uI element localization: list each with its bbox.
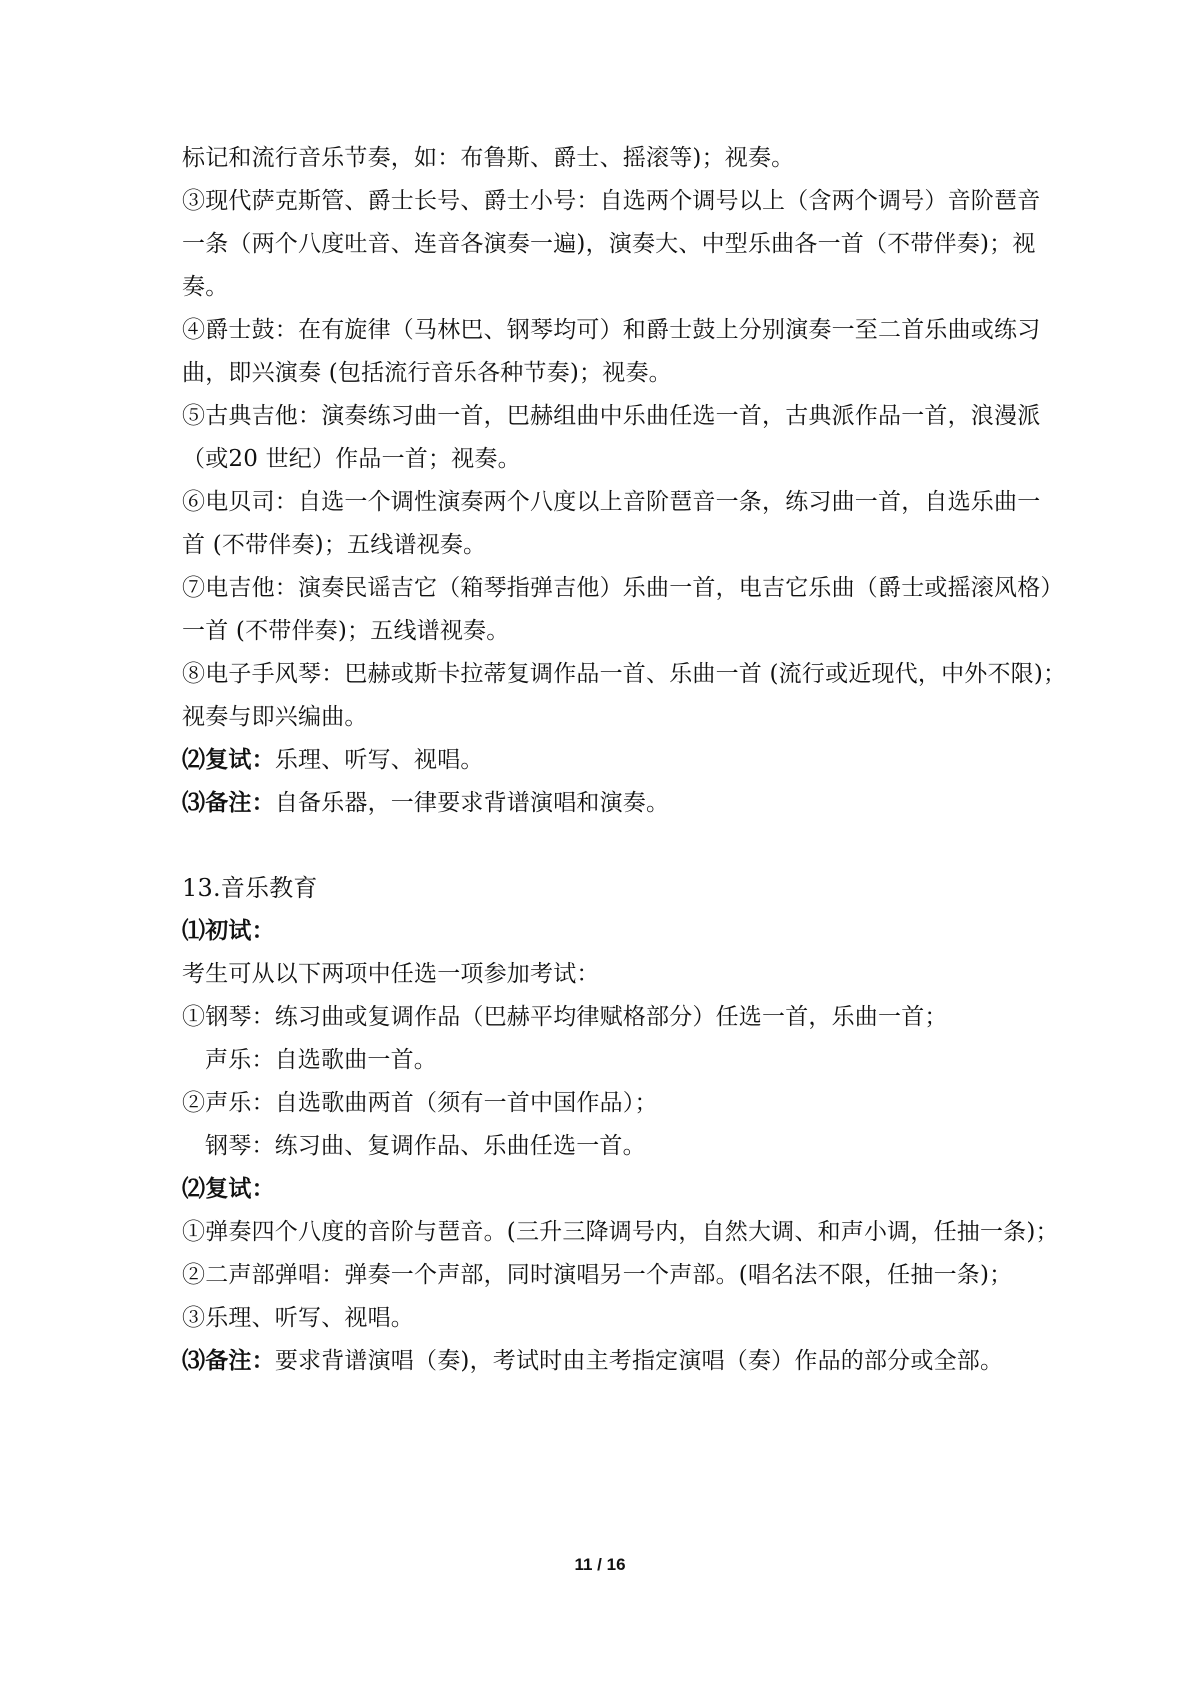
retest-item-2: ②二声部弹唱：弹奏一个声部，同时演唱另一个声部。(唱名法不限，任抽一条)； <box>182 1260 1012 1290</box>
section13-intro: 考生可从以下两项中任选一项参加考试： <box>182 959 600 989</box>
note-label: ⑶备注： <box>182 789 275 816</box>
item-5-line-2: （或20 世纪）作品一首；视奏。 <box>182 444 521 474</box>
item-3-line-1: ③现代萨克斯管、爵士长号、爵士小号：自选两个调号以上（含两个调号）音阶琶音 <box>182 186 1040 216</box>
item-5-line-1: ⑤古典吉他：演奏练习曲一首，巴赫组曲中乐曲任选一首，古典派作品一首，浪漫派 <box>182 401 1040 431</box>
section13-note-text: 要求背谱演唱（奏)，考试时由主考指定演唱（奏）作品的部分或全部。 <box>275 1348 1003 1374</box>
item-4-line-2: 曲，即兴演奏 (包括流行音乐各种节奏)；视奏。 <box>182 358 672 388</box>
section13-note: ⑶备注：要求背谱演唱（奏)，考试时由主考指定演唱（奏）作品的部分或全部。 <box>182 1346 1003 1376</box>
option2-line-1: ②声乐：自选歌曲两首（须有一首中国作品）； <box>182 1088 658 1118</box>
section12-note: ⑶备注：自备乐器，一律要求背谱演唱和演奏。 <box>182 788 669 818</box>
item-4-line-1: ④爵士鼓：在有旋律（马林巴、钢琴均可）和爵士鼓上分别演奏一至二首乐曲或练习 <box>182 315 1040 345</box>
document-page: 标记和流行音乐节奏，如：布鲁斯、爵士、摇滚等)；视奏。 ③现代萨克斯管、爵士长号… <box>0 0 1200 1696</box>
item-3-line-3: 奏。 <box>182 272 228 302</box>
option2-line-2: 钢琴：练习曲、复调作品、乐曲任选一首。 <box>205 1131 646 1161</box>
continuation-line: 标记和流行音乐节奏，如：布鲁斯、爵士、摇滚等)；视奏。 <box>182 143 794 173</box>
retest-item-1: ①弹奏四个八度的音阶与琶音。(三升三降调号内，自然大调、和声小调，任抽一条)； <box>182 1217 1059 1247</box>
retest-label: ⑵复试： <box>182 746 275 773</box>
retest-item-3: ③乐理、听写、视唱。 <box>182 1303 414 1333</box>
option1-line-1: ①钢琴：练习曲或复调作品（巴赫平均律赋格部分）任选一首，乐曲一首； <box>182 1002 948 1032</box>
section13-heading: 13.音乐教育 <box>182 873 318 903</box>
section12-retest: ⑵复试：乐理、听写、视唱。 <box>182 745 484 775</box>
section13-note-label: ⑶备注： <box>182 1347 275 1374</box>
item-8-line-2: 视奏与即兴编曲。 <box>182 702 368 732</box>
section13-retest-label: ⑵复试： <box>182 1174 275 1204</box>
item-8-line-1: ⑧电子手风琴：巴赫或斯卡拉蒂复调作品一首、乐曲一首 (流行或近现代，中外不限)； <box>182 659 1066 689</box>
option1-line-2: 声乐：自选歌曲一首。 <box>205 1045 437 1075</box>
item-3-line-2: 一条（两个八度吐音、连音各演奏一遍)，演奏大、中型乐曲各一首（不带伴奏)；视 <box>182 229 1036 259</box>
item-6-line-1: ⑥电贝司：自选一个调性演奏两个八度以上音阶琶音一条，练习曲一首，自选乐曲一 <box>182 487 1040 517</box>
item-7-line-1: ⑦电吉他：演奏民谣吉它（箱琴指弹吉他）乐曲一首，电吉它乐曲（爵士或摇滚风格） <box>182 573 1064 603</box>
retest-text: 乐理、听写、视唱。 <box>275 747 484 773</box>
note-text: 自备乐器，一律要求背谱演唱和演奏。 <box>275 790 669 816</box>
section13-preliminary-label: ⑴初试： <box>182 916 275 946</box>
item-6-line-2: 首 (不带伴奏)；五线谱视奏。 <box>182 530 486 560</box>
item-7-line-2: 一首 (不带伴奏)；五线谱视奏。 <box>182 616 509 646</box>
page-number: 11 / 16 <box>0 1555 1200 1575</box>
